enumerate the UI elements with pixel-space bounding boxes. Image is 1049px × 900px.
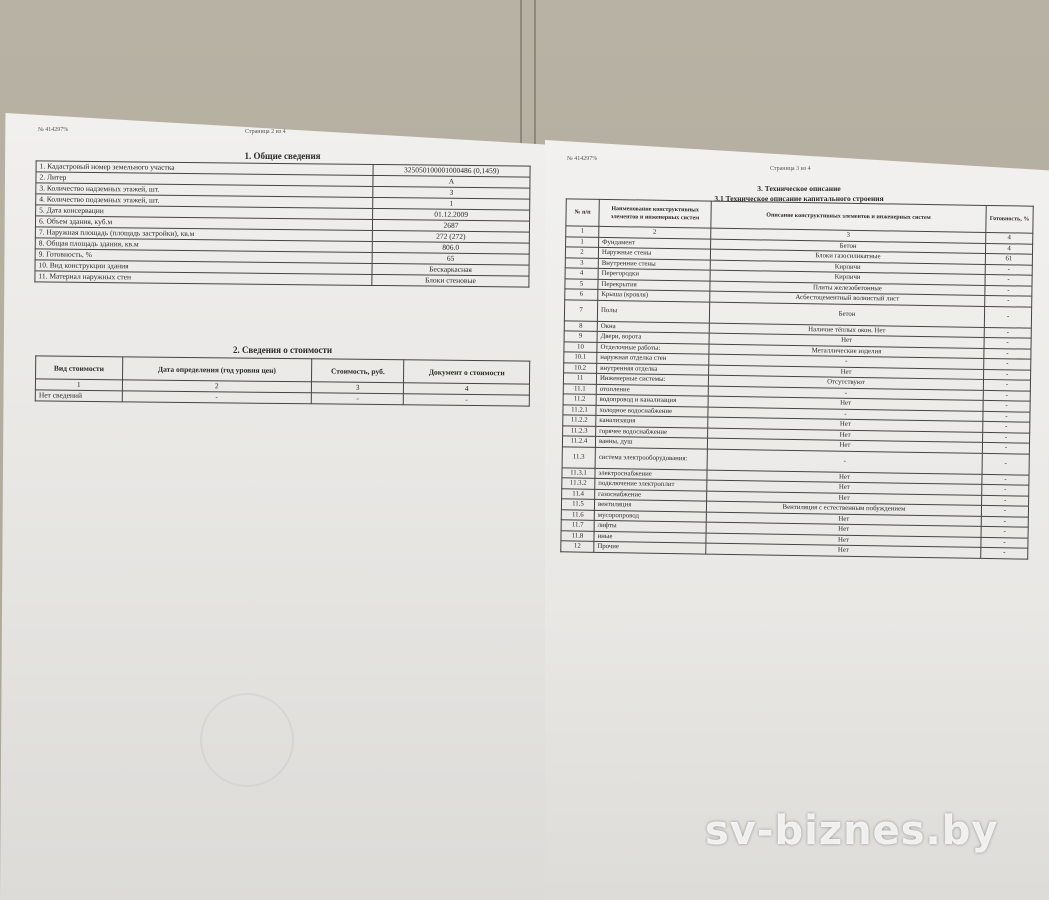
section-title: 2. Сведения о стоимости bbox=[35, 345, 530, 355]
row-number: 11.8 bbox=[561, 530, 594, 541]
readiness-percent: - bbox=[981, 505, 1028, 516]
readiness-percent: - bbox=[985, 295, 1032, 306]
watermark: sv-biznes.by bbox=[705, 808, 998, 854]
readiness-percent: 61 bbox=[985, 253, 1032, 264]
row-number: 10 bbox=[564, 341, 597, 352]
faded-stamp bbox=[200, 693, 294, 787]
row-number: 11.2 bbox=[563, 394, 596, 405]
readiness-percent: - bbox=[983, 379, 1030, 390]
readiness-percent: - bbox=[981, 526, 1028, 537]
readiness-percent: - bbox=[983, 432, 1030, 443]
readiness-percent: - bbox=[981, 547, 1028, 558]
column-header: Стоимость, руб. bbox=[312, 359, 404, 383]
row-number: 11 bbox=[563, 373, 596, 384]
page-label: Страница 2 из 4 bbox=[245, 129, 286, 135]
column-header: Наименование конструктивных элементов и … bbox=[599, 199, 711, 228]
row-number: 9 bbox=[564, 331, 597, 342]
row-number: 11.1 bbox=[563, 383, 596, 394]
row-number: 4 bbox=[565, 268, 598, 279]
table-cell: - bbox=[122, 391, 312, 404]
row-number: 11.3.2 bbox=[562, 478, 595, 489]
readiness-percent: 4 bbox=[985, 243, 1032, 254]
row-number: 5 bbox=[565, 278, 598, 289]
row-number: 11.5 bbox=[561, 499, 594, 510]
row-number: 10.1 bbox=[564, 352, 597, 363]
row-number: 11.4 bbox=[562, 488, 595, 499]
column-number: 1 bbox=[566, 226, 599, 237]
readiness-percent: - bbox=[984, 348, 1031, 359]
readiness-percent: - bbox=[983, 390, 1030, 401]
readiness-percent: - bbox=[982, 484, 1029, 495]
readiness-percent: - bbox=[982, 453, 1029, 475]
info-label: 11. Материал наружных стен bbox=[35, 271, 372, 286]
row-number: 1 bbox=[566, 236, 599, 247]
element-name: Прочие bbox=[594, 541, 706, 553]
row-number: 2 bbox=[565, 247, 598, 258]
page-label: Страница 3 из 4 bbox=[770, 166, 811, 172]
doc-number: № 414297% bbox=[567, 156, 597, 162]
technical-description-table: № п/пНаименование конструктивных элемент… bbox=[560, 198, 1033, 559]
readiness-percent: - bbox=[982, 442, 1029, 453]
cost-table: Вид стоимостиДата определения (год уровн… bbox=[35, 355, 530, 406]
row-number: 7 bbox=[564, 299, 597, 321]
left-page: № 414297% Страница 2 из 4 1. Общие сведе… bbox=[0, 113, 545, 900]
row-number: 11.2.2 bbox=[563, 415, 596, 426]
fabric-seam bbox=[534, 0, 536, 150]
readiness-percent: - bbox=[984, 358, 1031, 369]
readiness-percent: - bbox=[983, 421, 1030, 432]
row-number: 8 bbox=[564, 320, 597, 331]
readiness-percent: - bbox=[984, 337, 1031, 348]
readiness-percent: - bbox=[981, 537, 1028, 548]
row-number: 11.6 bbox=[561, 509, 594, 520]
readiness-percent: - bbox=[984, 327, 1031, 338]
readiness-percent: - bbox=[984, 369, 1031, 380]
element-name: Полы bbox=[597, 300, 709, 323]
column-header: Описание конструктивных элементов и инже… bbox=[711, 201, 986, 232]
readiness-percent: - bbox=[983, 411, 1030, 422]
row-number: 11.2.4 bbox=[562, 436, 595, 447]
doc-number: № 414297% bbox=[38, 127, 68, 133]
readiness-percent: - bbox=[985, 285, 1032, 296]
info-value: Блоки стеновые bbox=[372, 274, 529, 287]
column-header: № п/п bbox=[566, 199, 599, 227]
readiness-percent: - bbox=[982, 495, 1029, 506]
section-title: 1. Общие сведения bbox=[35, 151, 530, 161]
readiness-percent: - bbox=[985, 274, 1032, 285]
column-header: Готовность, % bbox=[986, 205, 1033, 233]
column-header: Дата определения (год уровня цен) bbox=[122, 357, 312, 382]
row-number: 11.3.1 bbox=[562, 467, 595, 478]
row-number: 3 bbox=[565, 257, 598, 268]
readiness-percent: - bbox=[985, 264, 1032, 275]
row-number: 6 bbox=[565, 289, 598, 300]
fabric-seam bbox=[520, 0, 522, 150]
readiness-percent: - bbox=[981, 516, 1028, 527]
column-header: Документ о стоимости bbox=[404, 360, 530, 384]
table-cell: - bbox=[404, 394, 530, 406]
element-name: система электрооборудования: bbox=[595, 447, 707, 470]
row-number: 11.7 bbox=[561, 520, 594, 531]
column-number: 4 bbox=[986, 232, 1033, 243]
table-cell: Нет сведений bbox=[35, 390, 122, 402]
readiness-percent: - bbox=[984, 306, 1031, 328]
readiness-percent: - bbox=[983, 400, 1030, 411]
section-title: 3. Техническое описание bbox=[565, 184, 1033, 193]
right-page: № 414297% Страница 3 из 4 3. Техническое… bbox=[545, 140, 1049, 900]
general-info-table: 1. Кадастровый номер земельного участка3… bbox=[34, 160, 530, 287]
column-header: Вид стоимости bbox=[36, 356, 123, 380]
column-number: 1 bbox=[35, 379, 122, 391]
table-cell: - bbox=[311, 393, 403, 405]
row-number: 12 bbox=[561, 541, 594, 552]
readiness-percent: - bbox=[982, 474, 1029, 485]
row-number: 10.2 bbox=[564, 362, 597, 373]
row-number: 11.2.3 bbox=[563, 425, 596, 436]
row-number: 11.3 bbox=[562, 446, 595, 468]
row-number: 11.2.1 bbox=[563, 404, 596, 415]
